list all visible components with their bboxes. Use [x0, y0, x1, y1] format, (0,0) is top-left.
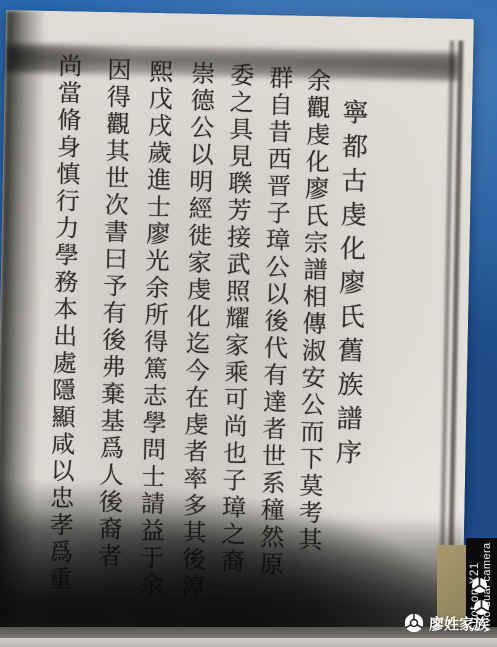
clan-watermark: 廖姓家族 — [404, 612, 489, 634]
manuscript-title-column: 寧都古虔化廖氏舊族譜序 — [327, 98, 372, 473]
table-edge — [0, 638, 497, 647]
manuscript-paper: 寧都古虔化廖氏舊族譜序 余觀虔化廖氏宗譜相傳淑安公而下莫考其 群自昔西晋子璋公以… — [0, 10, 474, 641]
aperture-icon — [471, 577, 488, 599]
clan-watermark-label: 廖姓家族 — [429, 613, 489, 634]
ink-smudge-bottom — [0, 480, 465, 641]
photo-of-genealogy-page: 寧都古虔化廖氏舊族譜序 余觀虔化廖氏宗譜相傳淑安公而下莫考其 群自昔西晋子璋公以… — [0, 0, 497, 647]
camera-logo-icon — [404, 613, 424, 633]
